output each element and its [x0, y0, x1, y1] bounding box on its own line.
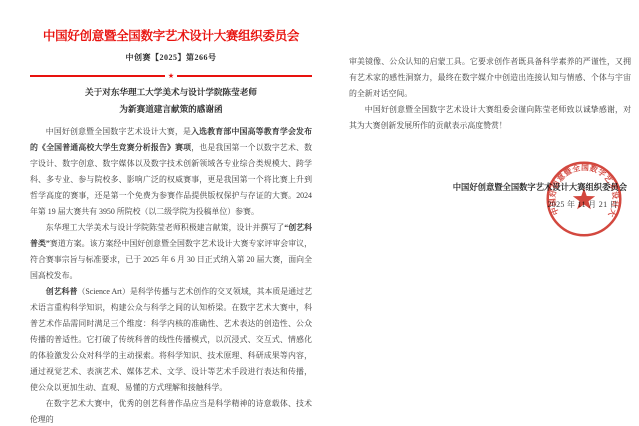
page-2: 审美镜像、公众认知的启蒙工具。它要求创作者既具备科学素养的严谨性，又拥有艺术家的… — [349, 54, 631, 134]
org-title: 中国好创意暨全国数字艺术设计大赛组织委员会 — [30, 28, 312, 45]
divider-line-right — [177, 75, 312, 77]
body-text: 审美镜像、公众认知的启蒙工具。它要求创作者既具备科学素养的严谨性，又拥有艺术家的… — [349, 57, 631, 98]
doc-number: 中创赛【2025】第266号 — [30, 52, 312, 63]
paragraph: 审美镜像、公众认知的启蒙工具。它要求创作者既具备科学素养的严谨性，又拥有艺术家的… — [349, 54, 631, 102]
body-text: 中国好创意暨全国数字艺术设计大赛组委会谨向陈莹老师致以诚挚感谢，对其为大赛创新发… — [349, 105, 631, 130]
document-canvas: 中国好创意暨全国数字艺术设计大赛组织委员会 中创赛【2025】第266号 ★ 关… — [0, 0, 639, 426]
body-text: 中国好创意暨全国数字艺术设计大赛，是 — [46, 127, 191, 136]
emphasized-text: 创艺科普 — [46, 287, 78, 296]
seal-star-icon — [573, 188, 595, 209]
official-seal: 中国好创意暨全国数字艺术设计大赛组织委员会 — [545, 160, 623, 238]
divider-line-left — [30, 75, 165, 77]
body-text: 在数字艺术大赛中，优秀的创艺科普作品应当是科学精神的诗意载体、技术伦理的 — [30, 399, 312, 424]
paragraph: 东华理工大学美术与设计学院陈莹老师积极建言献策，设计并撰写了“创艺科普类”赛道方… — [30, 220, 312, 284]
subject-line-1: 关于对东华理工大学美术与设计学院陈莹老师 — [30, 84, 312, 101]
body-text-right: 审美镜像、公众认知的启蒙工具。它要求创作者既具备科学素养的严谨性，又拥有艺术家的… — [349, 54, 631, 134]
paragraph: 中国好创意暨全国数字艺术设计大赛组委会谨向陈莹老师致以诚挚感谢，对其为大赛创新发… — [349, 102, 631, 134]
body-text: （Science Art）是科学传播与艺术创作的交叉领域，其本质是通过艺术语言重… — [30, 287, 312, 392]
seal-ring-text: 中国好创意暨全国数字艺术设计大赛组织委员会 — [545, 160, 621, 219]
paragraph: 创艺科普（Science Art）是科学传播与艺术创作的交叉领域，其本质是通过艺… — [30, 284, 312, 396]
page-1: 中国好创意暨全国数字艺术设计大赛组织委员会 中创赛【2025】第266号 ★ 关… — [30, 28, 312, 426]
body-text: ，也是我国第一个以数字艺术、数字设计、数字创意、数字媒体以及数字技术创新领域各专… — [30, 143, 312, 216]
paragraph: 在数字艺术大赛中，优秀的创艺科普作品应当是科学精神的诗意载体、技术伦理的 — [30, 396, 312, 426]
paragraph: 中国好创意暨全国数字艺术设计大赛，是入选教育部中国高等教育学会发布的《全国普通高… — [30, 124, 312, 220]
body-text: 东华理工大学美术与设计学院陈莹老师积极建言献策，设计并撰写了 — [46, 223, 284, 232]
subject-line-2: 为新赛道建言献策的感谢函 — [30, 101, 312, 118]
body-text: 赛道方案。该方案经中国好创意暨全国数字艺术设计大赛专家评审会审议，符合赛事宗旨与… — [30, 239, 312, 280]
star-icon: ★ — [165, 73, 177, 80]
red-divider: ★ — [30, 72, 312, 80]
body-text-left: 中国好创意暨全国数字艺术设计大赛，是入选教育部中国高等教育学会发布的《全国普通高… — [30, 124, 312, 426]
